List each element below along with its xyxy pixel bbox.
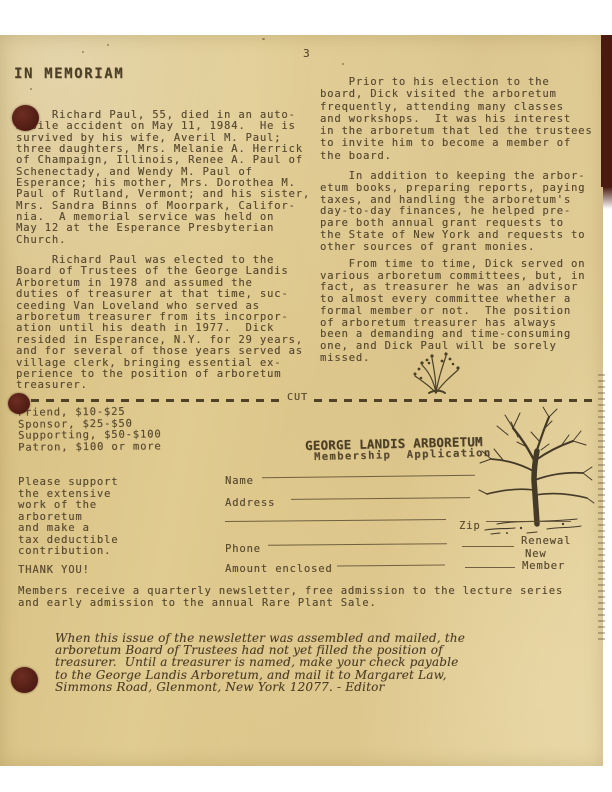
- cut-label: CUT: [287, 392, 308, 403]
- paper-sheet: 3 IN MEMORIAM Richard Paul, 55, died in …: [0, 35, 603, 766]
- editor-note: When this issue of the newsletter was as…: [55, 632, 465, 693]
- thank-you-text: THANK YOU!: [18, 565, 90, 576]
- tree-illustration: [477, 402, 597, 540]
- membership-categories: Friend, $10-$25 Sponsor, $25-$50 Support…: [18, 406, 162, 454]
- scan-speck: [82, 51, 84, 53]
- amount-field-label: Amount enclosed: [225, 564, 333, 575]
- cut-dashed-line-left: [16, 399, 280, 402]
- new-option-label: New: [525, 549, 547, 560]
- appeal-text: Please support the extensive work of the…: [18, 477, 118, 558]
- right-edge-binding-fade: [603, 187, 612, 209]
- page-number: 3: [303, 48, 310, 59]
- binding-hole-middle: [8, 393, 30, 414]
- phone-field-label: Phone: [225, 544, 261, 555]
- right-edge-binding-strip: [601, 35, 612, 187]
- scan-speck: [262, 38, 265, 40]
- sprig-illustration: [410, 349, 466, 397]
- page-title: IN MEMORIAM: [14, 66, 124, 82]
- address-field-line: [291, 497, 470, 500]
- memoriam-right-paragraph-2: In addition to keeping the arbor- etum b…: [320, 171, 585, 254]
- phone-field-line: [268, 543, 447, 546]
- member-option-label: Member: [522, 561, 565, 572]
- zip-field-label: Zip: [459, 521, 481, 532]
- zip-field-line: [486, 521, 571, 522]
- binding-hole-top: [12, 105, 39, 131]
- scan-speck: [30, 88, 32, 90]
- scanned-newsletter-page: { "colors": { "paper": "#dcc68a", "ink":…: [0, 0, 612, 792]
- renewal-option-label: Renewal: [521, 536, 571, 547]
- member-check-line: [465, 567, 515, 568]
- memoriam-left-paragraph-1: Richard Paul, 55, died in an auto- mobil…: [16, 110, 310, 246]
- scan-speck: [107, 44, 109, 46]
- name-field-line: [262, 475, 475, 479]
- amount-field-line: [337, 565, 445, 567]
- address-field-line-2: [225, 519, 446, 522]
- membership-benefits-text: Members receive a quarterly newsletter, …: [18, 586, 563, 609]
- renewal-check-line: [462, 546, 514, 547]
- memoriam-right-paragraph-1: Prior to his election to the board, Dick…: [320, 76, 593, 162]
- memoriam-left-paragraph-2: Richard Paul was elected to the Board of…: [16, 255, 303, 392]
- name-field-label: Name: [225, 476, 254, 487]
- scan-speck: [342, 63, 344, 65]
- address-field-label: Address: [225, 498, 275, 509]
- binding-hole-bottom: [11, 667, 38, 693]
- right-edge-marginalia-marks: [598, 372, 605, 640]
- application-title: Membership Application: [314, 448, 492, 463]
